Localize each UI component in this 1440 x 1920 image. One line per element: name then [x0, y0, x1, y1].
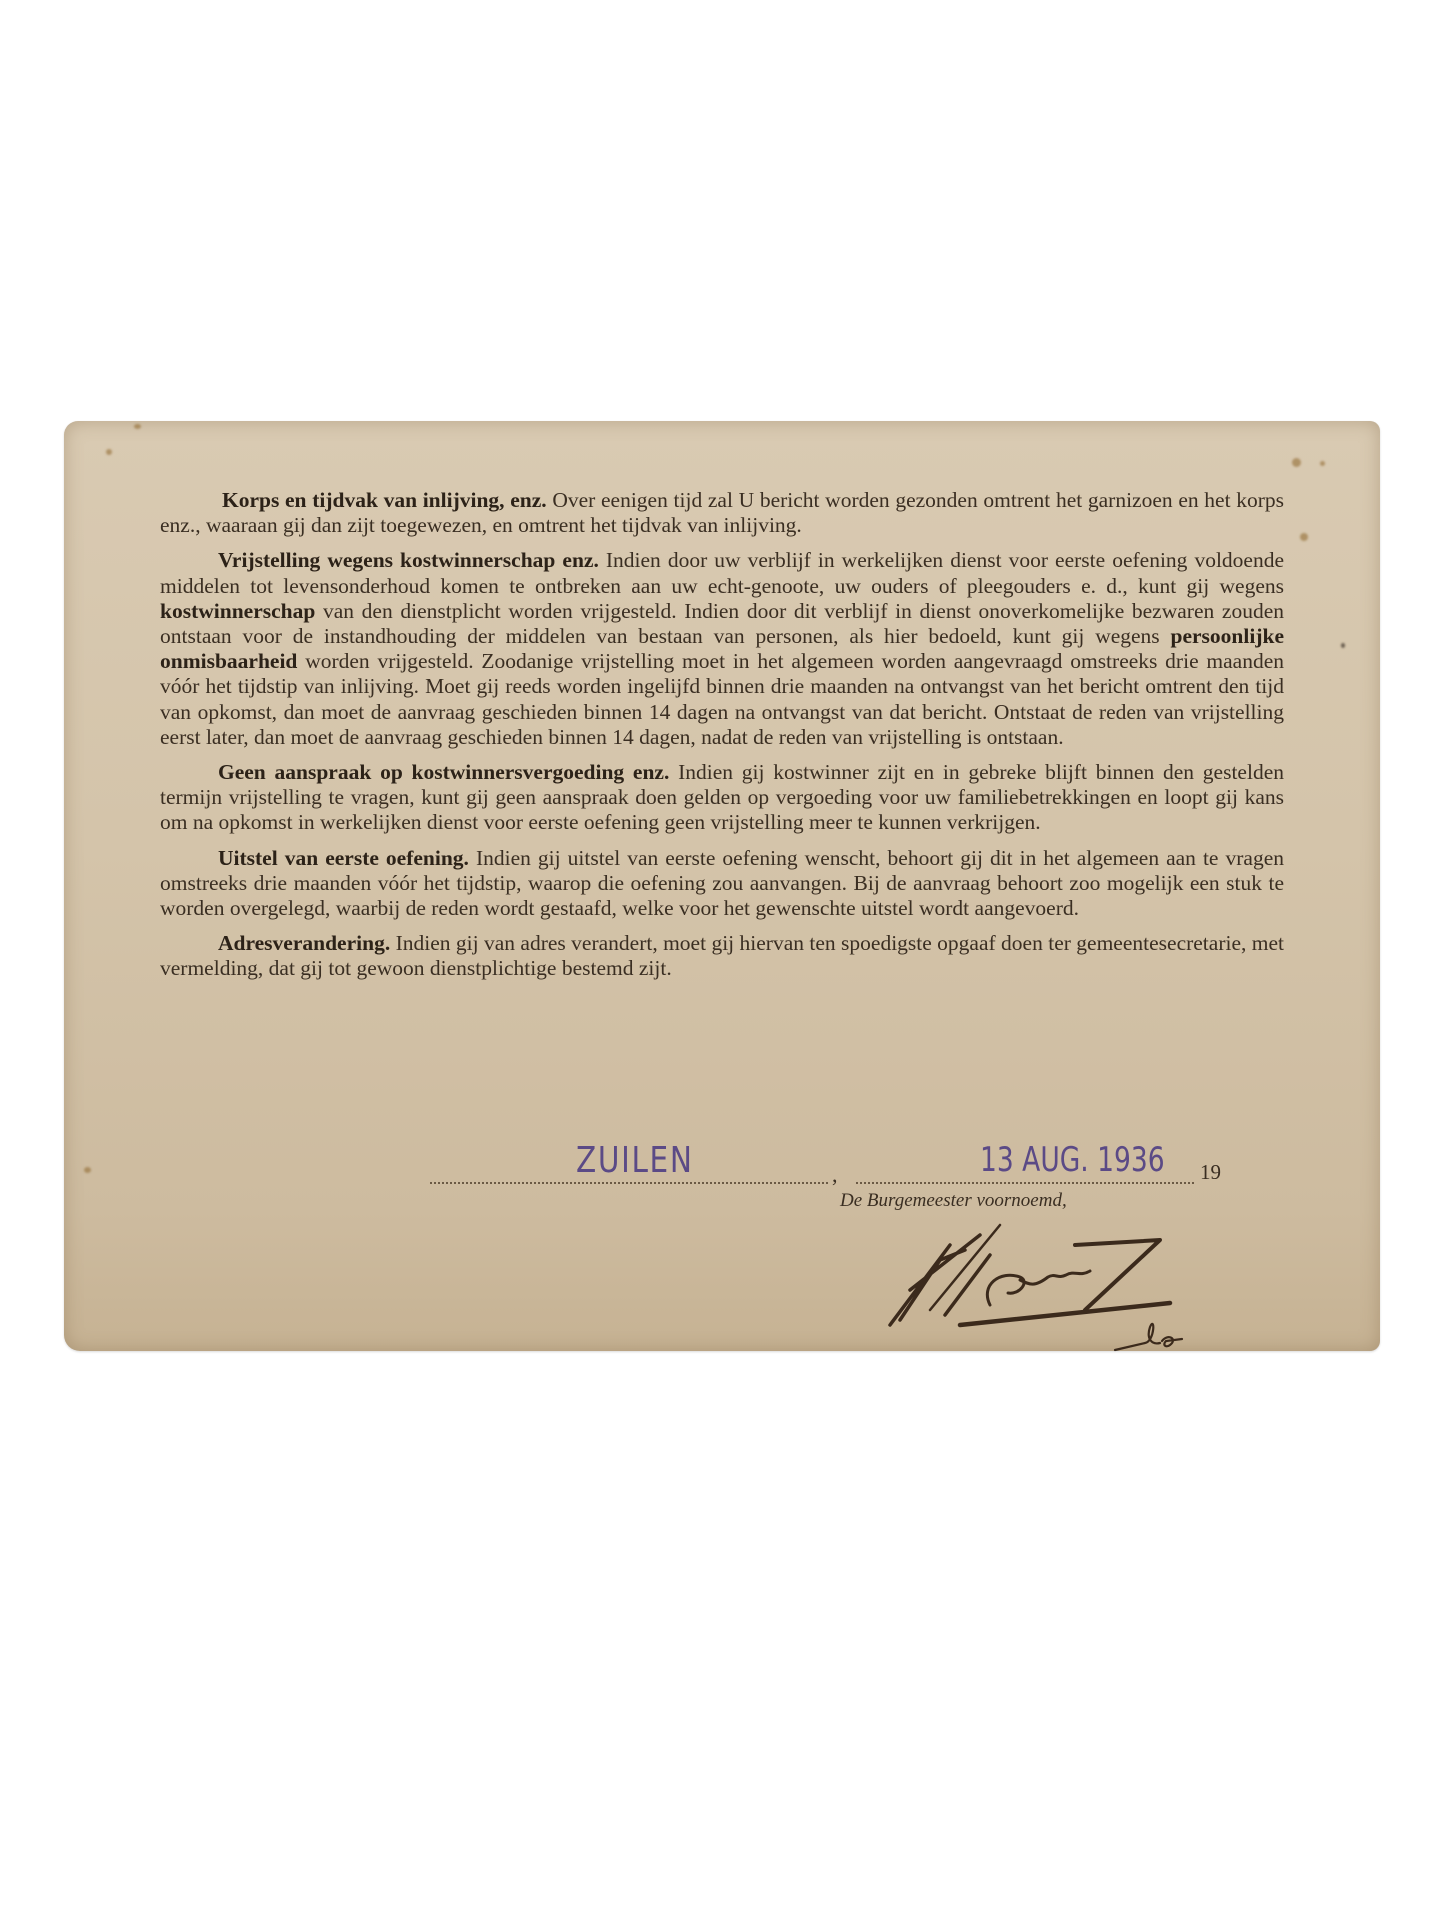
emphasis-text: kostwinnerschap [160, 599, 315, 623]
age-spot [1341, 643, 1345, 648]
paragraph-korps: Korps en tijdvak van inlijving, enz. Ove… [160, 488, 1284, 538]
paragraph-vrijstelling: Vrijstelling wegens kostwinnerschap enz.… [160, 548, 1284, 750]
date-stamp: 13 AUG. 1936 [980, 1140, 1165, 1180]
paragraph-adresverandering: Adresverandering. Indien gij van adres v… [160, 931, 1284, 981]
year-prefix: 19 [1200, 1160, 1221, 1185]
paragraph-uitstel: Uitstel van eerste oefening. Indien gij … [160, 846, 1284, 922]
paragraph-text: worden vrijgesteld. Zoodanige vrijstelli… [160, 649, 1284, 749]
place-stamp: ZUILEN [576, 1140, 694, 1181]
paragraph-geen-aanspraak: Geen aanspraak op kostwinnersvergoeding … [160, 760, 1284, 836]
paragraph-heading: Geen aanspraak op kostwinnersvergoeding … [218, 760, 669, 784]
paragraph-heading: Vrijstelling wegens kostwinnerschap enz. [218, 548, 599, 572]
paragraph-heading: Uitstel van eerste oefening. [218, 846, 469, 870]
place-dotted-line [430, 1182, 828, 1184]
age-spot [1300, 533, 1308, 541]
date-separator: , [832, 1162, 838, 1188]
paragraph-heading: Korps en tijdvak van inlijving, enz. [222, 488, 547, 512]
paragraph-heading: Adresverandering. [218, 931, 390, 955]
age-spot [1320, 461, 1325, 466]
age-spot [84, 1167, 91, 1173]
paragraph-text: van den dienstplicht worden vrijgesteld.… [160, 599, 1284, 648]
mayor-signoff: De Burgemeester voornoemd, [840, 1190, 1067, 1212]
age-spot [134, 424, 141, 429]
signature-mark [870, 1215, 1230, 1355]
date-dotted-line [856, 1182, 1194, 1184]
age-spot [106, 449, 112, 455]
document-body: Korps en tijdvak van inlijving, enz. Ove… [160, 488, 1284, 992]
age-spot [1292, 458, 1301, 467]
